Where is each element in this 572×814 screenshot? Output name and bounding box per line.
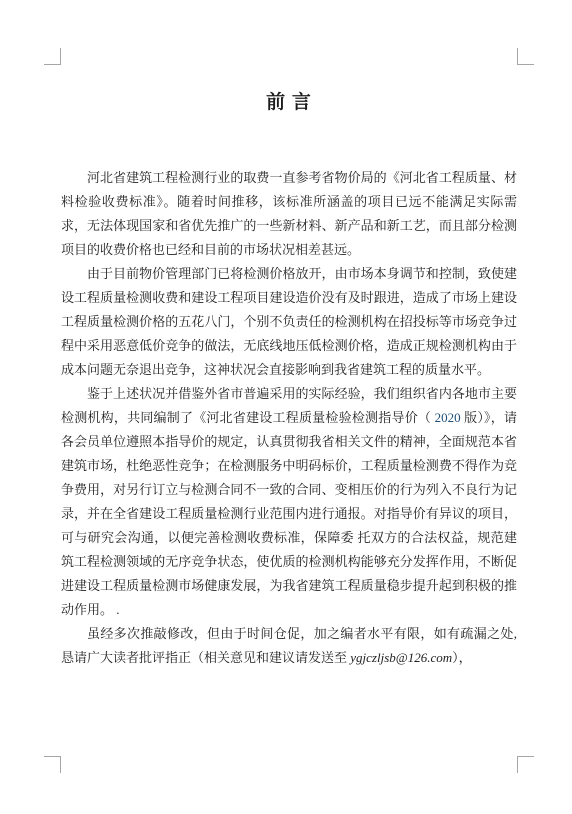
margin-mark-top-left xyxy=(44,48,61,65)
margin-mark-bottom-right xyxy=(517,756,534,773)
document-page: 前 言 河北省建筑工程检测行业的取费一直参考省物价局的《河北省工程质量、材料检验… xyxy=(0,0,572,814)
margin-mark-top-right xyxy=(517,48,534,65)
margin-mark-bottom-left xyxy=(44,756,61,773)
paragraph-2: 由于目前物价管理部门已将检测价格放开，由市场本身调节和控制，致使建设工程质量检测… xyxy=(61,262,517,382)
paragraph-4: 虽经多次推敲修改，但由于时间仓促，加之编者水平有限，如有疏漏之处, 恳请广大读者… xyxy=(61,622,517,670)
page-title: 前 言 xyxy=(61,90,517,116)
edition-year-highlight: 2020 xyxy=(435,410,461,425)
paragraph-1-text: 河北省建筑工程检测行业的取费一直参考省物价局的《河北省工程质量、材料检验收费标准… xyxy=(61,170,517,257)
paragraph-2-text: 由于目前物价管理部门已将检测价格放开，由市场本身调节和控制，致使建设工程质量检测… xyxy=(61,266,517,377)
feedback-email-address: ygjczljsb@126.com xyxy=(350,650,452,665)
paragraph-4-text-tail: ）， xyxy=(452,650,472,665)
paragraph-3: 鉴于上述状况并借鉴外省市普遍采用的实际经验，我们组织省内各地市主要检测机构，共同… xyxy=(61,382,517,622)
paragraph-1: 河北省建筑工程检测行业的取费一直参考省物价局的《河北省工程质量、材料检验收费标准… xyxy=(61,166,517,262)
page-content: 前 言 河北省建筑工程检测行业的取费一直参考省物价局的《河北省工程质量、材料检验… xyxy=(61,90,517,670)
paragraph-3-text-tail: 版）》，请各会员单位遵照本指导价的规定，认真贯彻我省相关文件的精神，全面规范本省… xyxy=(61,410,517,617)
